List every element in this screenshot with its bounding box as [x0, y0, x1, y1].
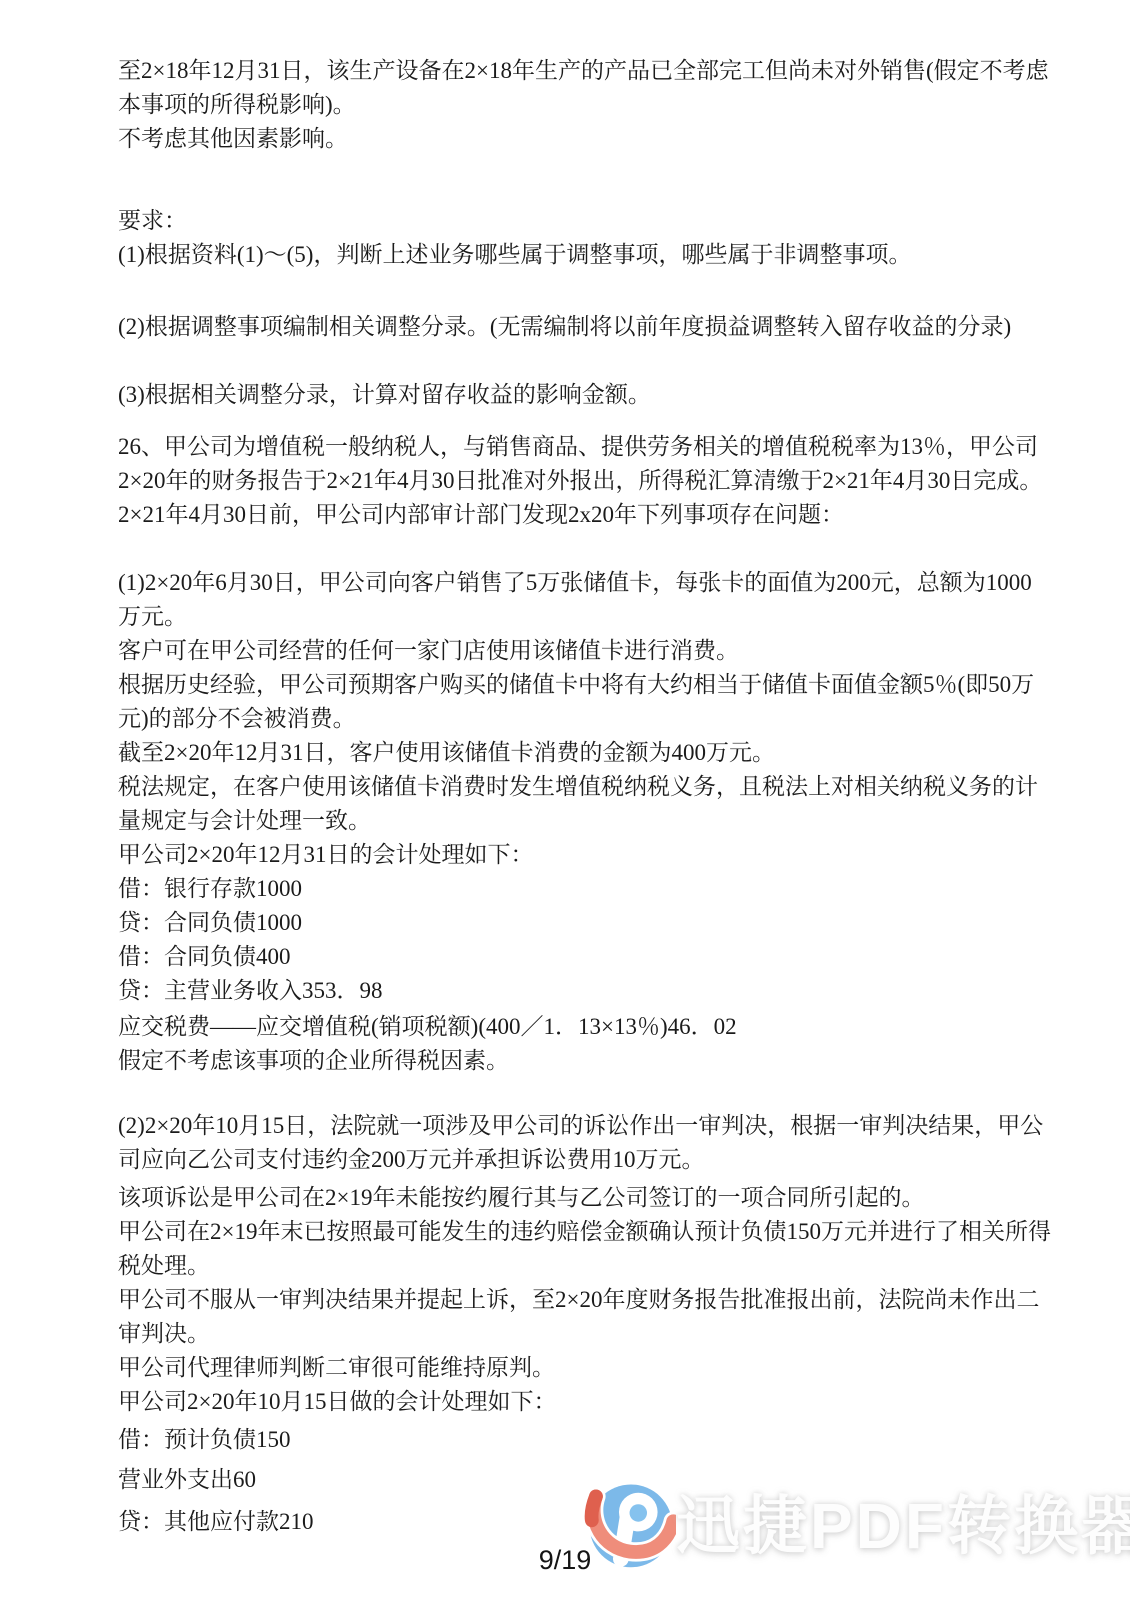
document-body: 至2×18年12月31日，该生产设备在2×18年生产的产品已全部完工但尚未对外销… [118, 54, 1030, 1539]
text-line: 万元。 [118, 600, 1030, 634]
text-line: 借：银行存款1000 [118, 872, 1030, 906]
text-line: 量规定与会计处理一致。 [118, 804, 1030, 838]
text-line: 甲公司在2×19年末已按照最可能发生的违约赔偿金额确认预计负债150万元并进行了… [118, 1215, 1030, 1249]
text-line: 元)的部分不会被消费。 [118, 702, 1030, 736]
text-line: (1)根据资料(1)～(5)，判断上述业务哪些属于调整事项，哪些属于非调整事项。 [118, 238, 1030, 272]
text-line: 本事项的所得税影响)。 [118, 88, 1030, 122]
text-line: 贷：主营业务收入353．98 [118, 974, 1030, 1008]
text-line: 假定不考虑该事项的企业所得税因素。 [118, 1044, 1030, 1078]
text-line: 根据历史经验，甲公司预期客户购买的储值卡中将有大约相当于储值卡面值金额5％(即5… [118, 668, 1030, 702]
text-line: 该项诉讼是甲公司在2×19年未能按约履行其与乙公司签订的一项合同所引起的。 [118, 1181, 1030, 1215]
text-line: 司应向乙公司支付违约金200万元并承担诉讼费用10万元。 [118, 1143, 1030, 1177]
text-line: 2×21年4月30日前，甲公司内部审计部门发现2x20年下列事项存在问题： [118, 498, 1030, 532]
text-line: (2)2×20年10月15日，法院就一项涉及甲公司的诉讼作出一审判决，根据一审判… [118, 1109, 1030, 1143]
text-line: 审判决。 [118, 1317, 1030, 1351]
text-line: 26、甲公司为增值税一般纳税人，与销售商品、提供劳务相关的增值税税率为13％，甲… [118, 430, 1030, 464]
page-number: 9/19 [0, 1544, 1130, 1576]
text-line: 甲公司2×20年12月31日的会计处理如下： [118, 838, 1030, 872]
text-line: 应交税费——应交增值税(销项税额)(400／1．13×13％)46．02 [118, 1010, 1030, 1044]
text-line: 贷：合同负债1000 [118, 906, 1030, 940]
text-line: 至2×18年12月31日，该生产设备在2×18年生产的产品已全部完工但尚未对外销… [118, 54, 1030, 88]
text-line: 税法规定，在客户使用该储值卡消费时发生增值税纳税义务，且税法上对相关纳税义务的计 [118, 770, 1030, 804]
document-page: 至2×18年12月31日，该生产设备在2×18年生产的产品已全部完工但尚未对外销… [0, 0, 1130, 1600]
text-line: 税处理。 [118, 1249, 1030, 1283]
text-line: 借：预计负债150 [118, 1423, 1030, 1457]
text-line: 甲公司不服从一审判决结果并提起上诉，至2×20年度财务报告批准报出前，法院尚未作… [118, 1283, 1030, 1317]
text-line: (3)根据相关调整分录，计算对留存收益的影响金额。 [118, 378, 1030, 412]
text-line: 甲公司代理律师判断二审很可能维持原判。 [118, 1351, 1030, 1385]
text-line: 借：合同负债400 [118, 940, 1030, 974]
text-line: 不考虑其他因素影响。 [118, 122, 1030, 156]
text-line: (2)根据调整事项编制相关调整分录。(无需编制将以前年度损益调整转入留存收益的分… [118, 310, 1030, 344]
text-line: 2×20年的财务报告于2×21年4月30日批准对外报出，所得税汇算清缴于2×21… [118, 464, 1030, 498]
text-line: 截至2×20年12月31日，客户使用该储值卡消费的金额为400万元。 [118, 736, 1030, 770]
text-line: 甲公司2×20年10月15日做的会计处理如下： [118, 1385, 1030, 1419]
text-line: 客户可在甲公司经营的任何一家门店使用该储值卡进行消费。 [118, 634, 1030, 668]
text-line: 营业外支出60 [118, 1463, 1030, 1497]
text-line: (1)2×20年6月30日，甲公司向客户销售了5万张储值卡，每张卡的面值为200… [118, 566, 1030, 600]
text-line: 贷：其他应付款210 [118, 1505, 1030, 1539]
text-line: 要求： [118, 204, 1030, 238]
